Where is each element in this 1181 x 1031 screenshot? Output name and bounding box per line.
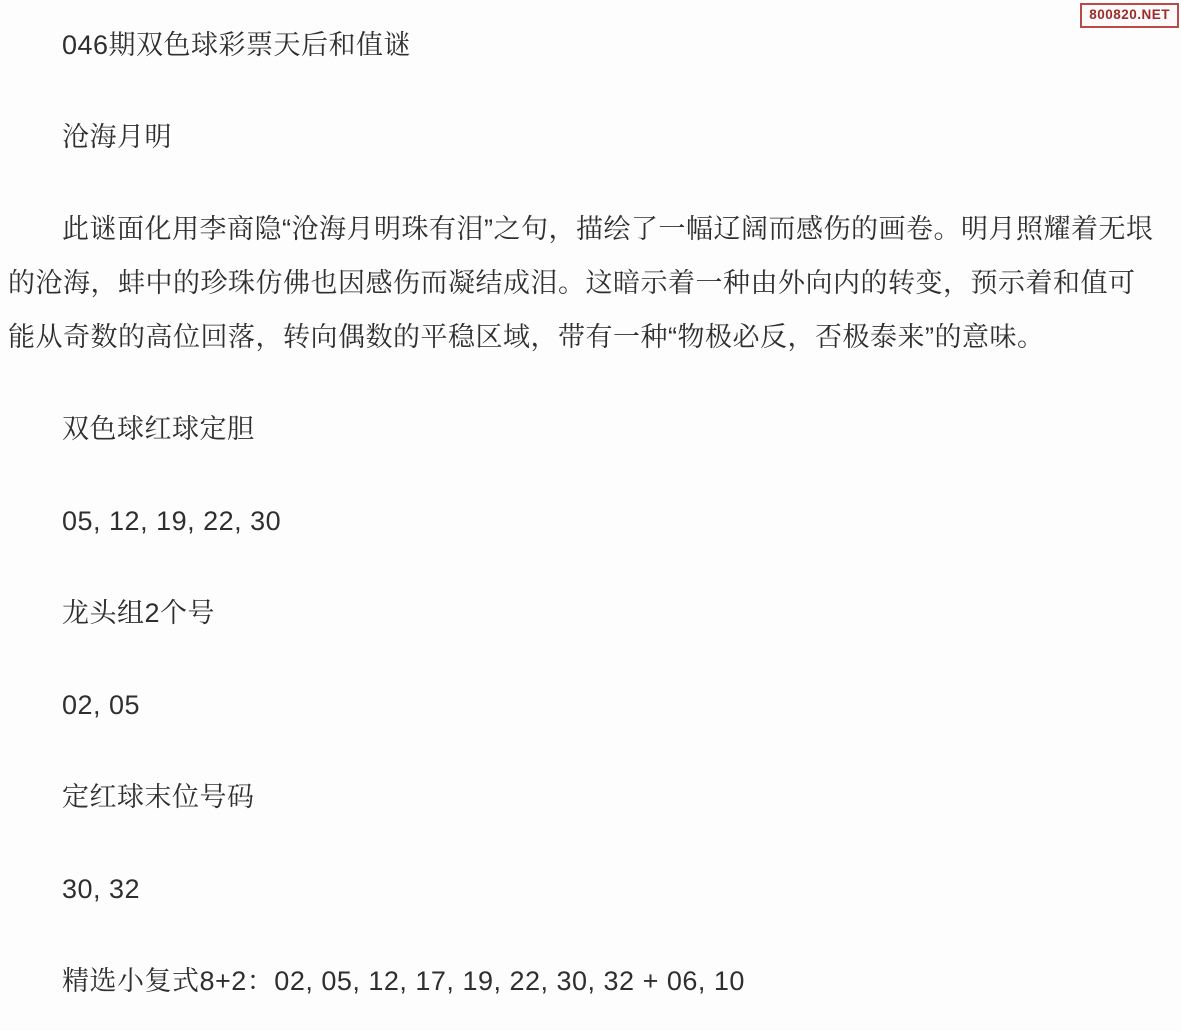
article-body: 046期双色球彩票天后和值谜 沧海月明 此谜面化用李商隐“沧海月明珠有泪”之句，…: [8, 0, 1154, 1008]
riddle-name: 沧海月明: [8, 110, 1154, 164]
longtou-heading: 龙头组2个号: [8, 586, 1154, 640]
last-digit-heading: 定红球末位号码: [8, 770, 1154, 824]
last-digit-numbers: 30, 32: [8, 862, 1154, 916]
red-dingdan-heading: 双色球红球定胆: [8, 402, 1154, 456]
red-dingdan-numbers: 05, 12, 19, 22, 30: [8, 494, 1154, 548]
article-title: 046期双色球彩票天后和值谜: [8, 18, 1154, 72]
duplex-picks-line: 精选小复式8+2：02, 05, 12, 17, 19, 22, 30, 32 …: [8, 954, 1154, 1008]
riddle-analysis-paragraph: 此谜面化用李商隐“沧海月明珠有泪”之句，描绘了一幅辽阔而感伤的画卷。明月照耀着无…: [8, 202, 1154, 364]
longtou-numbers: 02, 05: [8, 678, 1154, 732]
